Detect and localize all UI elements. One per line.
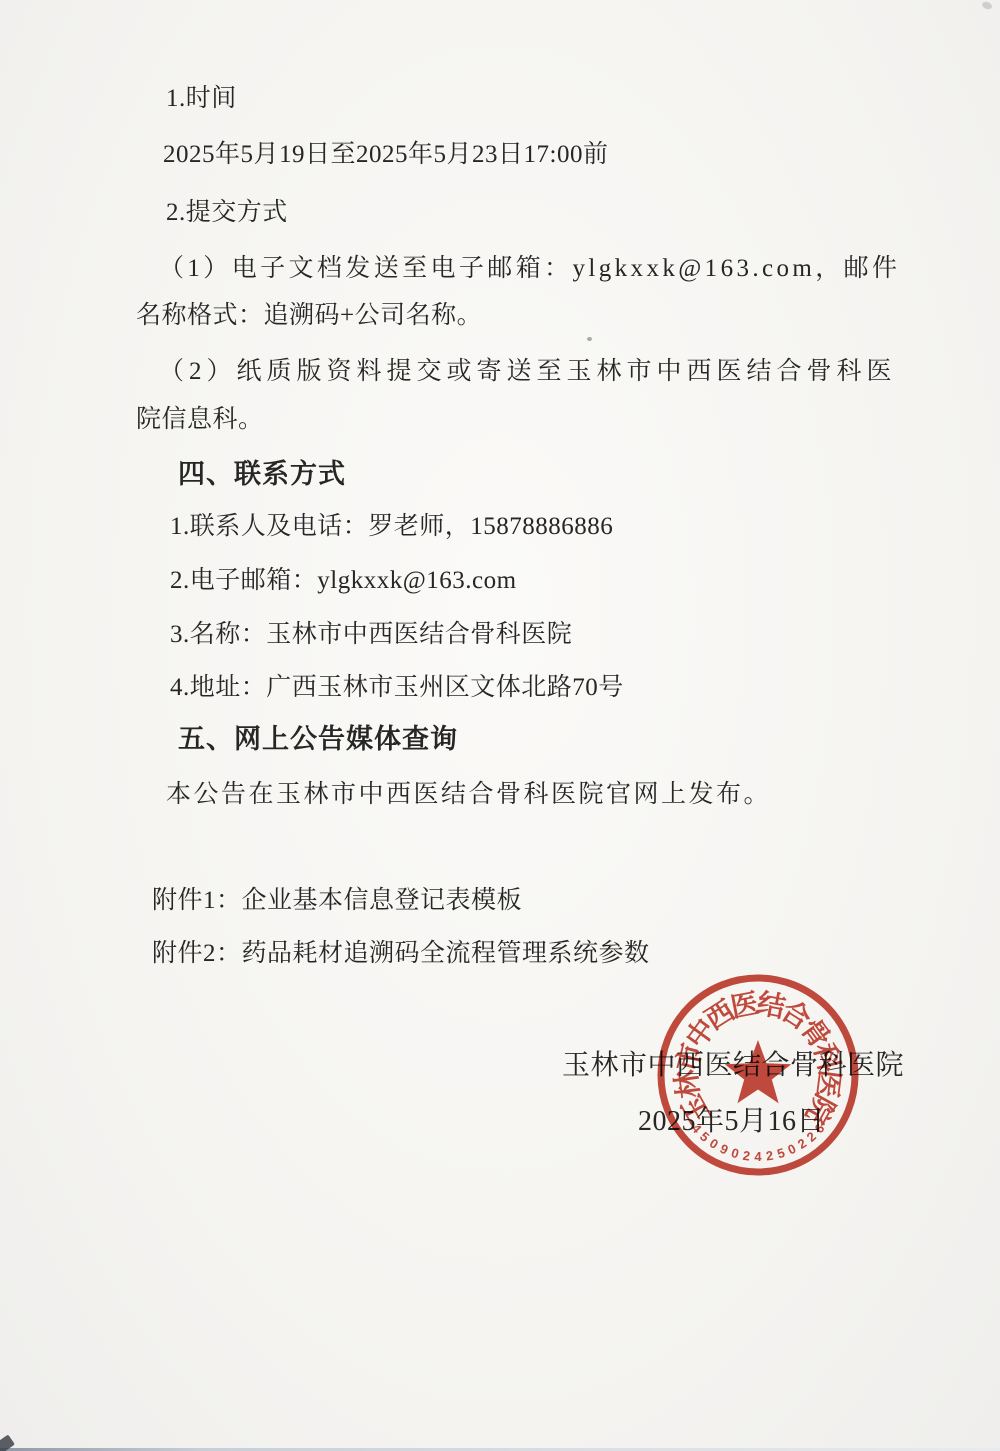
line-org-address: 4.地址：广西玉林市玉州区文体北路70号: [170, 674, 624, 703]
line-paper-submission-part2: 院信息科。: [136, 406, 264, 435]
svg-text:0: 0: [707, 1135, 721, 1152]
line-time-range: 2025年5月19日至2025年5月23日17:00前: [163, 141, 608, 170]
scanned-document-page: 1.时间 2025年5月19日至2025年5月23日17:00前 2.提交方式 …: [0, 0, 1000, 1451]
heading-online-announcement: 五、网上公告媒体查询: [178, 724, 458, 755]
line-attachment-2: 附件2：药品耗材追溯码全流程管理系统参数: [152, 940, 650, 969]
svg-text:2: 2: [765, 1148, 774, 1164]
svg-text:4: 4: [754, 1149, 762, 1164]
heading-contact-info: 四、联系方式: [178, 459, 346, 490]
line-email-submission-part2: 名称格式：追溯码+公司名称。: [136, 302, 482, 331]
svg-text:0: 0: [785, 1141, 798, 1158]
line-email-submission-part1: （1）电子文档发送至电子邮箱：ylgkxxk@163.com，邮件: [159, 255, 900, 284]
svg-text:2: 2: [742, 1148, 751, 1164]
line-time-label: 1.时间: [166, 85, 237, 114]
scan-speck: [587, 337, 592, 341]
line-contact-email: 2.电子邮箱：ylgkxxk@163.com: [170, 567, 517, 596]
line-submission-method-label: 2.提交方式: [166, 199, 288, 228]
line-contact-person-phone: 1.联系人及电话：罗老师，15878886886: [170, 513, 613, 542]
line-announcement-publish: 本公告在玉林市中西医结合骨科医院官网上发布。: [166, 781, 771, 810]
svg-text:9: 9: [718, 1141, 731, 1158]
svg-text:0: 0: [729, 1145, 740, 1161]
star-icon: [725, 1040, 792, 1103]
line-org-name: 3.名称：玉林市中西医结合骨科医院: [170, 621, 572, 650]
svg-text:5: 5: [775, 1145, 786, 1161]
scan-speck: [981, 1, 993, 11]
line-attachment-1: 附件1：企业基本信息登记表模板: [152, 887, 522, 916]
official-seal-stamp: 玉林市中西医结合骨科医院 4509024250226: [648, 965, 868, 1185]
line-paper-submission-part1: （2）纸质版资料提交或寄送至玉林市中西医结合骨科医: [159, 358, 897, 387]
